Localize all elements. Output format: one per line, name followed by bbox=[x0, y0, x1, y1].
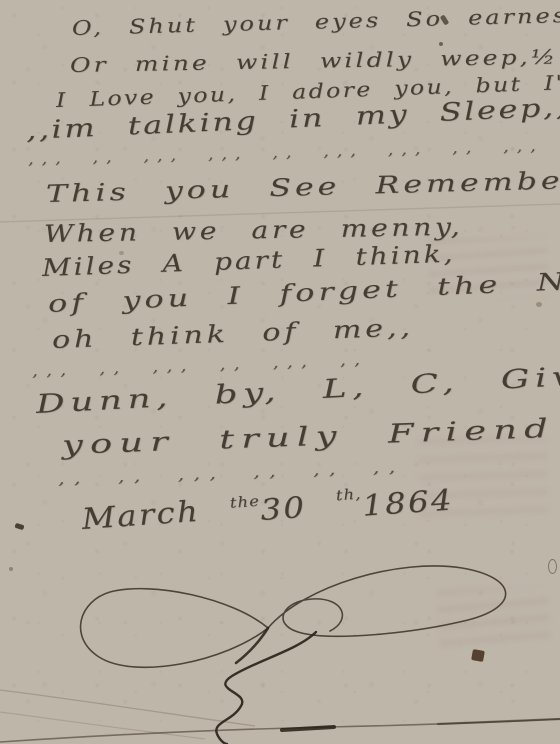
date-ordinal-suffix: th, bbox=[335, 487, 362, 505]
letter-line: your truly Friend bbox=[61, 414, 555, 461]
dark-square-speck bbox=[471, 649, 485, 662]
date-ordinal-prefix: the bbox=[229, 494, 260, 512]
paper-fleck bbox=[536, 302, 542, 307]
letter-date: March the30 th,1864 bbox=[81, 476, 455, 542]
ink-fleck bbox=[439, 42, 443, 46]
letter-line: O, Shut your eyes So earnest,½ bbox=[72, 2, 560, 40]
date-day: 30 bbox=[259, 490, 307, 527]
date-year: 1864 bbox=[361, 482, 455, 522]
date-month: March bbox=[81, 494, 202, 536]
bleed-through-smudge bbox=[437, 586, 551, 650]
edge-mark bbox=[548, 559, 557, 574]
letter-photo: O, Shut your eyes So earnest,½ Or mine w… bbox=[0, 0, 560, 744]
ink-fleck bbox=[14, 523, 24, 531]
letter-line: oh think of me,, bbox=[52, 313, 415, 354]
paper-fleck bbox=[9, 567, 13, 571]
letter-line: This you See Remember, me; bbox=[46, 163, 560, 208]
